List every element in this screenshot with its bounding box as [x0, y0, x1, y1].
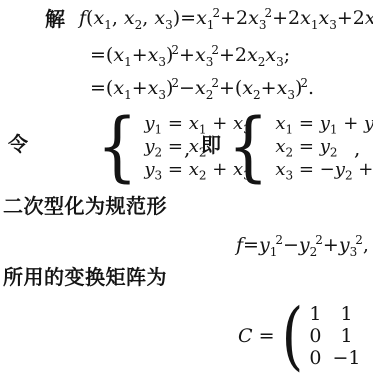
system-x: { x1 = y1 + y2 − y3 x2 = y2 x3 = −y2 + y… [224, 110, 373, 182]
comma-separator-1: , [184, 136, 190, 160]
document-page: 解 f(x1, x2, x3)=x12+2x32+2x1x3+2x2x3 =(x… [0, 0, 373, 376]
matrix-cell: −1 [332, 347, 360, 369]
ie-label: 即 [201, 133, 221, 157]
matrix-cell: 1 [309, 303, 321, 325]
matrix-left-paren: ( [281, 302, 303, 370]
equation-line-3: =(x1+x3)2−x22+(x2+x3)2. [90, 76, 314, 100]
matrix-cell: 0 [309, 347, 321, 369]
matrix-cell: 1 [340, 325, 352, 347]
transform-matrix: C = ( 1 1 −1 0 1 0 0 −1 1 ) . [238, 302, 373, 370]
left-brace-glyph-2: { [228, 110, 269, 182]
normal-form-formula: f=y12−y22+y32, [236, 233, 369, 257]
left-brace-glyph: { [97, 110, 138, 182]
normal-form-caption: 二次型化为规范形 [3, 194, 167, 218]
matrix-cell: 0 [309, 325, 321, 347]
system-x-eq-1: x1 = y1 + y2 − y3 [275, 112, 373, 135]
matrix-cell: 1 [340, 303, 352, 325]
matrix-grid: 1 1 −1 0 1 0 0 −1 1 [309, 303, 373, 369]
let-label: 令 [8, 132, 28, 156]
system-x-eq-3: x3 = −y2 + y3 [275, 158, 373, 181]
equation-line-1: f(x1, x2, x3)=x12+2x32+2x1x3+2x2x3 [79, 6, 373, 30]
matrix-lhs: C = [238, 324, 275, 348]
transform-matrix-caption: 所用的变换矩阵为 [3, 265, 167, 289]
equation-line-2: =(x1+x3)2+x32+2x2x3; [90, 43, 290, 67]
comma-separator-2: , [354, 136, 360, 160]
solve-label: 解 [45, 7, 65, 31]
